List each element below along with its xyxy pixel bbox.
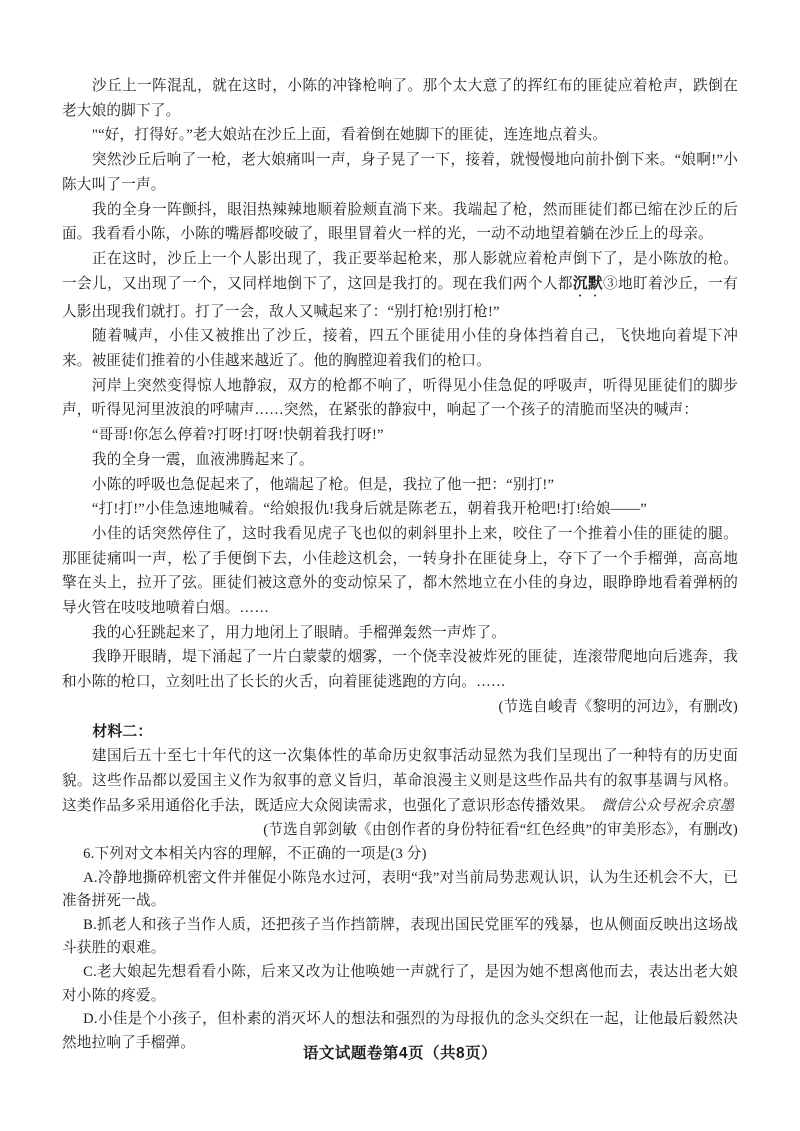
circled-number-3-mark: ③ (603, 276, 618, 292)
story-paragraph-11: “打!打!”小佳急速地喊着。“给娘报仇!我身后就是陈老五，朝着我开枪吧!打!给娘… (62, 497, 738, 522)
story-paragraph-4: 我的全身一阵颤抖，眼泪热辣辣地顺着脸颊直淌下来。我端起了枪，然而匪徒们都已缩在沙… (62, 198, 738, 247)
emphasized-word: 沉默 (573, 276, 603, 292)
story-paragraph-2: "“好，打得好。”老大娘站在沙丘上面，看着倒在她脚下的匪徒，连连地点着头。 (62, 123, 738, 148)
story-paragraph-10: 小陈的呼吸也急促起来了，他端起了枪。但是，我拉了他一把：“别打!” (62, 473, 738, 498)
story-paragraph-3: 突然沙丘后响了一枪，老大娘痛叫一声，身子晃了一下，接着，就慢慢地向前扑倒下来。“… (62, 148, 738, 197)
question-6-option-a: A.冷静地撕碎机密文件并催促小陈凫水过河，表明“我”对当前局势悲观认识，认为生还… (62, 867, 738, 914)
material-one-source-attribution: (节选自峻青《黎明的河边》，有删改) (62, 695, 738, 720)
question-6-option-b: B.抓老人和孩子当作人质，还把孩子当作挡箭牌，表现出国民党匪军的残暴，也从侧面反… (62, 914, 738, 961)
wechat-watermark-text: 微信公众号祝余京墨 (601, 798, 734, 814)
story-paragraph-7: 河岸上突然变得惊人地静寂，双方的枪都不响了，听得见小佳急促的呼吸声，听得见匪徒们… (62, 374, 738, 423)
material-two-paragraph: 建国后五十至七十年代的这一次集体性的革命历史叙事活动显然为我们呈现出了一种特有的… (62, 744, 738, 818)
story-paragraph-14: 我睁开眼睛，堤下涌起了一片白蒙蒙的烟雾，一个侥幸没被炸死的匪徒，连滚带爬地向后逃… (62, 645, 738, 694)
page-content: 沙丘上一阵混乱，就在这时，小陈的冲锋枪响了。那个太大意了的挥红布的匪徒应着枪声，… (62, 74, 738, 1055)
story-paragraph-9: 我的全身一震，血液沸腾起来了。 (62, 448, 738, 473)
story-paragraph-1: 沙丘上一阵混乱，就在这时，小陈的冲锋枪响了。那个太大意了的挥红布的匪徒应着枪声，… (62, 74, 738, 123)
question-6-option-c: C.老大娘起先想看看小陈，后来又改为让他唤她一声就行了，是因为她不想离他而去，表… (62, 961, 738, 1008)
story-paragraph-12: 小佳的话突然停住了，这时我看见虎子飞也似的刺斜里扑上来，咬住了一个推着小佳的匪徒… (62, 522, 738, 621)
question-6-stem: 6.下列对文本相关内容的理解，不正确的一项是(3 分) (62, 843, 738, 867)
exam-page: 沙丘上一阵混乱，就在这时，小陈的冲锋枪响了。那个太大意了的挥红布的匪徒应着枪声，… (0, 0, 800, 1131)
material-two-source-attribution: (节选自郭剑敏《由创作者的身份特征看“红色经典”的审美形态》，有删改) (62, 818, 738, 843)
story-paragraph-5: 正在这时，沙丘上一个人影出现了，我正要举起枪来，那人影就应着枪声倒下了，是小陈放… (62, 247, 738, 324)
page-footer: 语文试题卷第4页（共8页） (0, 1041, 800, 1063)
material-two-heading: 材料二： (62, 720, 738, 745)
question-6-block: 6.下列对文本相关内容的理解，不正确的一项是(3 分) A.冷静地撕碎机密文件并… (62, 843, 738, 1055)
story-paragraph-6: 随着喊声，小佳又被推出了沙丘，接着，四五个匪徒用小佳的身体挡着自己，飞快地向着堤… (62, 324, 738, 373)
story-paragraph-8: “哥哥!你怎么停着?打呀!打呀!快朝着我打呀!” (62, 423, 738, 448)
story-paragraph-13: 我的心狂跳起来了，用力地闭上了眼睛。手榴弹轰然一声炸了。 (62, 621, 738, 646)
